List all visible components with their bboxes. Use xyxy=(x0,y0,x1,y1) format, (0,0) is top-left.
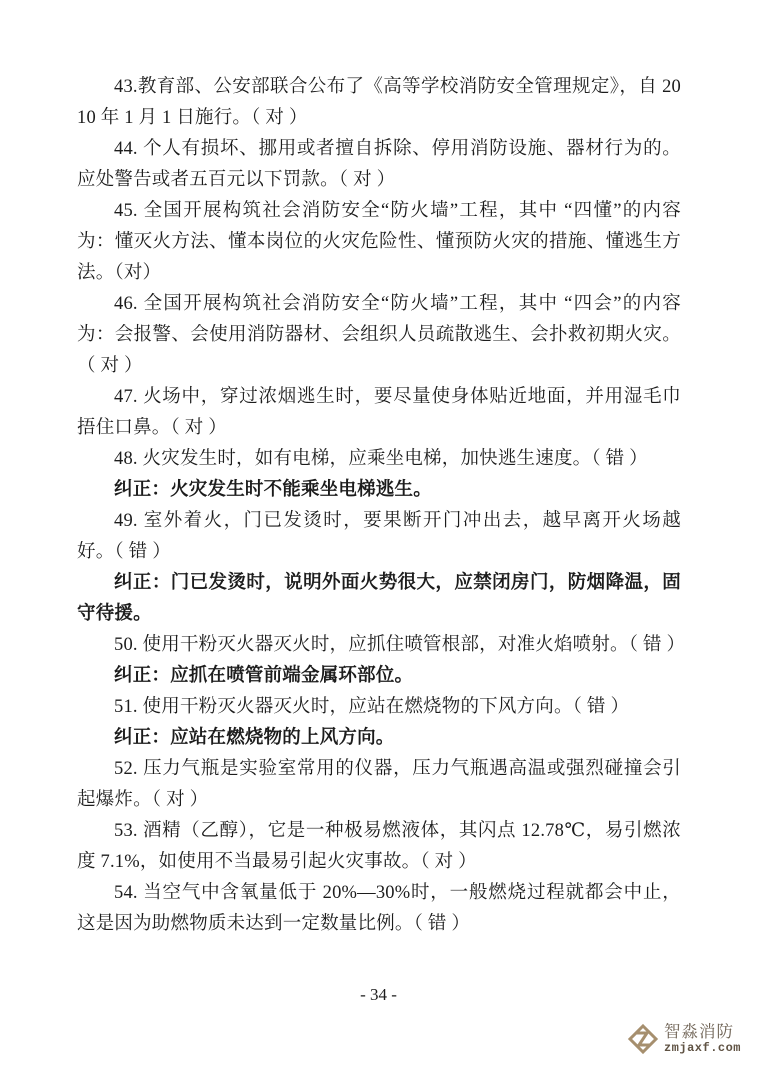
brand-logo: 智淼消防 zmjaxf.com xyxy=(627,1023,741,1055)
correction-paragraph: 纠正：应站在燃烧物的上风方向。 xyxy=(77,723,681,754)
question-paragraph: 43.教育部、公安部联合公布了《高等学校消防安全管理规定》，自 2010 年 1… xyxy=(77,72,681,134)
brand-domain: zmjaxf.com xyxy=(664,1042,741,1054)
question-paragraph: 48. 火灾发生时，如有电梯，应乘坐电梯，加快逃生速度。（ 错 ） xyxy=(77,444,681,475)
correction-paragraph: 纠正：应抓在喷管前端金属环部位。 xyxy=(77,661,681,692)
question-paragraph: 46. 全国开展构筑社会消防安全“防火墙”工程，其中 “四会”的内容为：会报警、… xyxy=(77,289,681,382)
question-paragraph: 50. 使用干粉灭火器灭火时，应抓住喷管根部，对准火焰喷射。（ 错 ） xyxy=(77,630,681,661)
question-paragraph: 44. 个人有损坏、挪用或者擅自拆除、停用消防设施、器材行为的。应处警告或者五百… xyxy=(77,134,681,196)
question-paragraph: 54. 当空气中含氧量低于 20%—30%时，一般燃烧过程就都会中止，这是因为助… xyxy=(77,878,681,940)
brand-name: 智淼消防 xyxy=(664,1024,741,1041)
brand-text: 智淼消防 zmjaxf.com xyxy=(664,1024,741,1055)
document-body: 43.教育部、公安部联合公布了《高等学校消防安全管理规定》，自 2010 年 1… xyxy=(77,72,681,940)
question-paragraph: 45. 全国开展构筑社会消防安全“防火墙”工程，其中 “四懂”的内容为：懂灭火方… xyxy=(77,196,681,289)
document-page: 43.教育部、公安部联合公布了《高等学校消防安全管理规定》，自 2010 年 1… xyxy=(0,0,757,1065)
correction-paragraph: 纠正：门已发烫时，说明外面火势很大，应禁闭房门，防烟降温，固守待援。 xyxy=(77,568,681,630)
correction-paragraph: 纠正：火灾发生时不能乘坐电梯逃生。 xyxy=(77,475,681,506)
diamond-z-icon xyxy=(627,1023,659,1055)
question-paragraph: 52. 压力气瓶是实验室常用的仪器，压力气瓶遇高温或强烈碰撞会引起爆炸。（ 对 … xyxy=(77,754,681,816)
question-paragraph: 49. 室外着火，门已发烫时，要果断开门冲出去，越早离开火场越好。（ 错 ） xyxy=(77,506,681,568)
question-paragraph: 53. 酒精（乙醇），它是一种极易燃液体，其闪点 12.78℃，易引燃浓度 7.… xyxy=(77,816,681,878)
question-paragraph: 51. 使用干粉灭火器灭火时，应站在燃烧物的下风方向。（ 错 ） xyxy=(77,692,681,723)
question-paragraph: 47. 火场中，穿过浓烟逃生时，要尽量使身体贴近地面，并用湿毛巾捂住口鼻。（ 对… xyxy=(77,382,681,444)
page-number: - 34 - xyxy=(0,983,757,1007)
